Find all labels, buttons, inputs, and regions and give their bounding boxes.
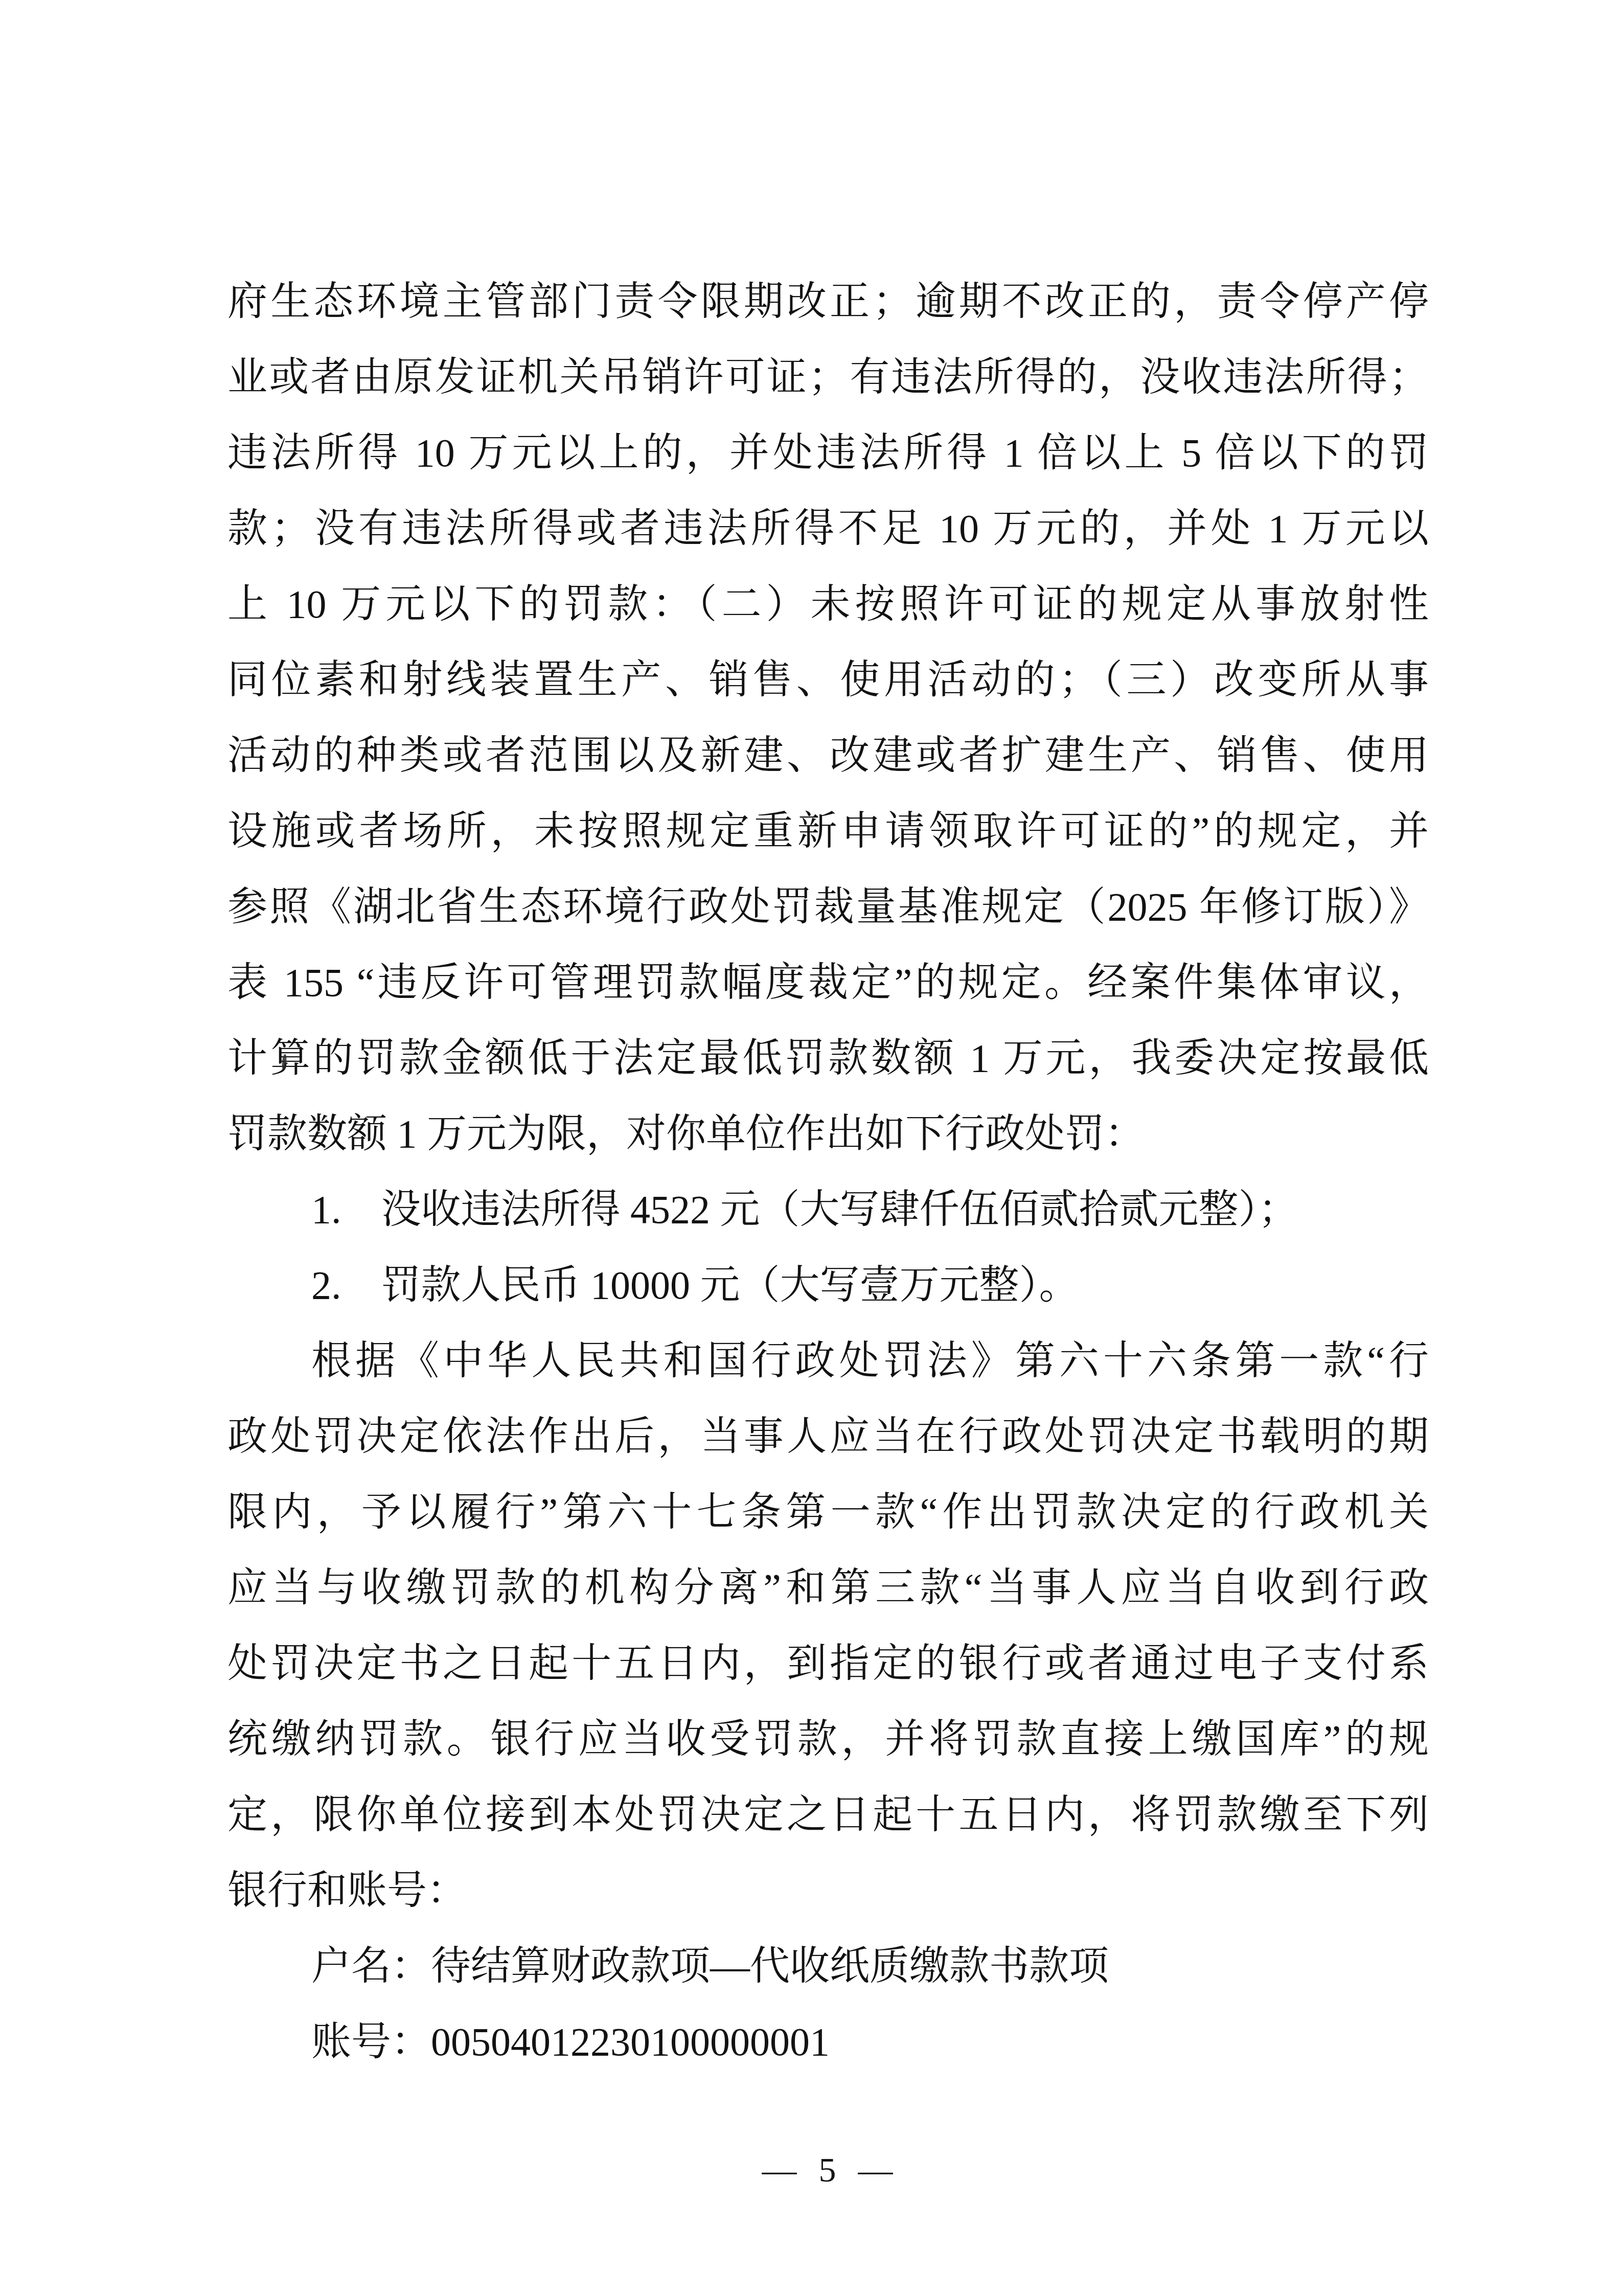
text-line: 参照《湖北省生态环境行政处罚裁量基准规定（2025 年修订版）》 xyxy=(227,869,1429,945)
text-line: 户名：待结算财政款项—代收纸质缴款书款项 xyxy=(227,1928,1429,2004)
text-line: 银行和账号： xyxy=(227,1853,1429,1928)
text-line: 账号：00504012230100000001 xyxy=(227,2004,1429,2080)
text-line: 根据《中华人民共和国行政处罚法》第六十六条第一款“行 xyxy=(227,1323,1429,1399)
text-line: 罚款数额 1 万元为限，对你单位作出如下行政处罚： xyxy=(227,1096,1429,1172)
document-page: 府生态环境主管部门责令限期改正；逾期不改正的，责令停产停业或者由原发证机关吊销许… xyxy=(0,0,1622,2296)
text-line: 上 10 万元以下的罚款：（二）未按照许可证的规定从事放射性 xyxy=(227,566,1429,642)
text-line: 活动的种类或者范围以及新建、改建或者扩建生产、销售、使用 xyxy=(227,718,1429,793)
text-line: 限内，予以履行”第六十七条第一款“作出罚款决定的行政机关 xyxy=(227,1474,1429,1550)
text-line: 同位素和射线装置生产、销售、使用活动的；（三）改变所从事 xyxy=(227,642,1429,718)
text-line: 业或者由原发证机关吊销许可证；有违法所得的，没收违法所得； xyxy=(227,339,1429,415)
text-line: 1. 没收违法所得 4522 元（大写肆仟伍佰贰拾贰元整）； xyxy=(227,1172,1429,1247)
text-line: 表 155 “违反许可管理罚款幅度裁定”的规定。经案件集体审议， xyxy=(227,945,1429,1020)
text-line: 统缴纳罚款。银行应当收受罚款，并将罚款直接上缴国库”的规 xyxy=(227,1701,1429,1777)
text-line: 应当与收缴罚款的机构分离”和第三款“当事人应当自收到行政 xyxy=(227,1550,1429,1626)
text-line: 政处罚决定依法作出后，当事人应当在行政处罚决定书载明的期 xyxy=(227,1399,1429,1474)
page-number: — 5 — xyxy=(0,2145,1622,2194)
text-line: 违法所得 10 万元以上的，并处违法所得 1 倍以上 5 倍以下的罚 xyxy=(227,415,1429,491)
document-body: 府生态环境主管部门责令限期改正；逾期不改正的，责令停产停业或者由原发证机关吊销许… xyxy=(227,264,1429,2080)
text-line: 定，限你单位接到本处罚决定之日起十五日内，将罚款缴至下列 xyxy=(227,1777,1429,1853)
text-line: 处罚决定书之日起十五日内，到指定的银行或者通过电子支付系 xyxy=(227,1626,1429,1701)
text-line: 计算的罚款金额低于法定最低罚款数额 1 万元，我委决定按最低 xyxy=(227,1020,1429,1096)
text-line: 设施或者场所，未按照规定重新申请领取许可证的”的规定，并 xyxy=(227,793,1429,869)
text-line: 款；没有违法所得或者违法所得不足 10 万元的，并处 1 万元以 xyxy=(227,491,1429,566)
text-line: 2. 罚款人民币 10000 元（大写壹万元整）。 xyxy=(227,1247,1429,1323)
text-line: 府生态环境主管部门责令限期改正；逾期不改正的，责令停产停 xyxy=(227,264,1429,339)
